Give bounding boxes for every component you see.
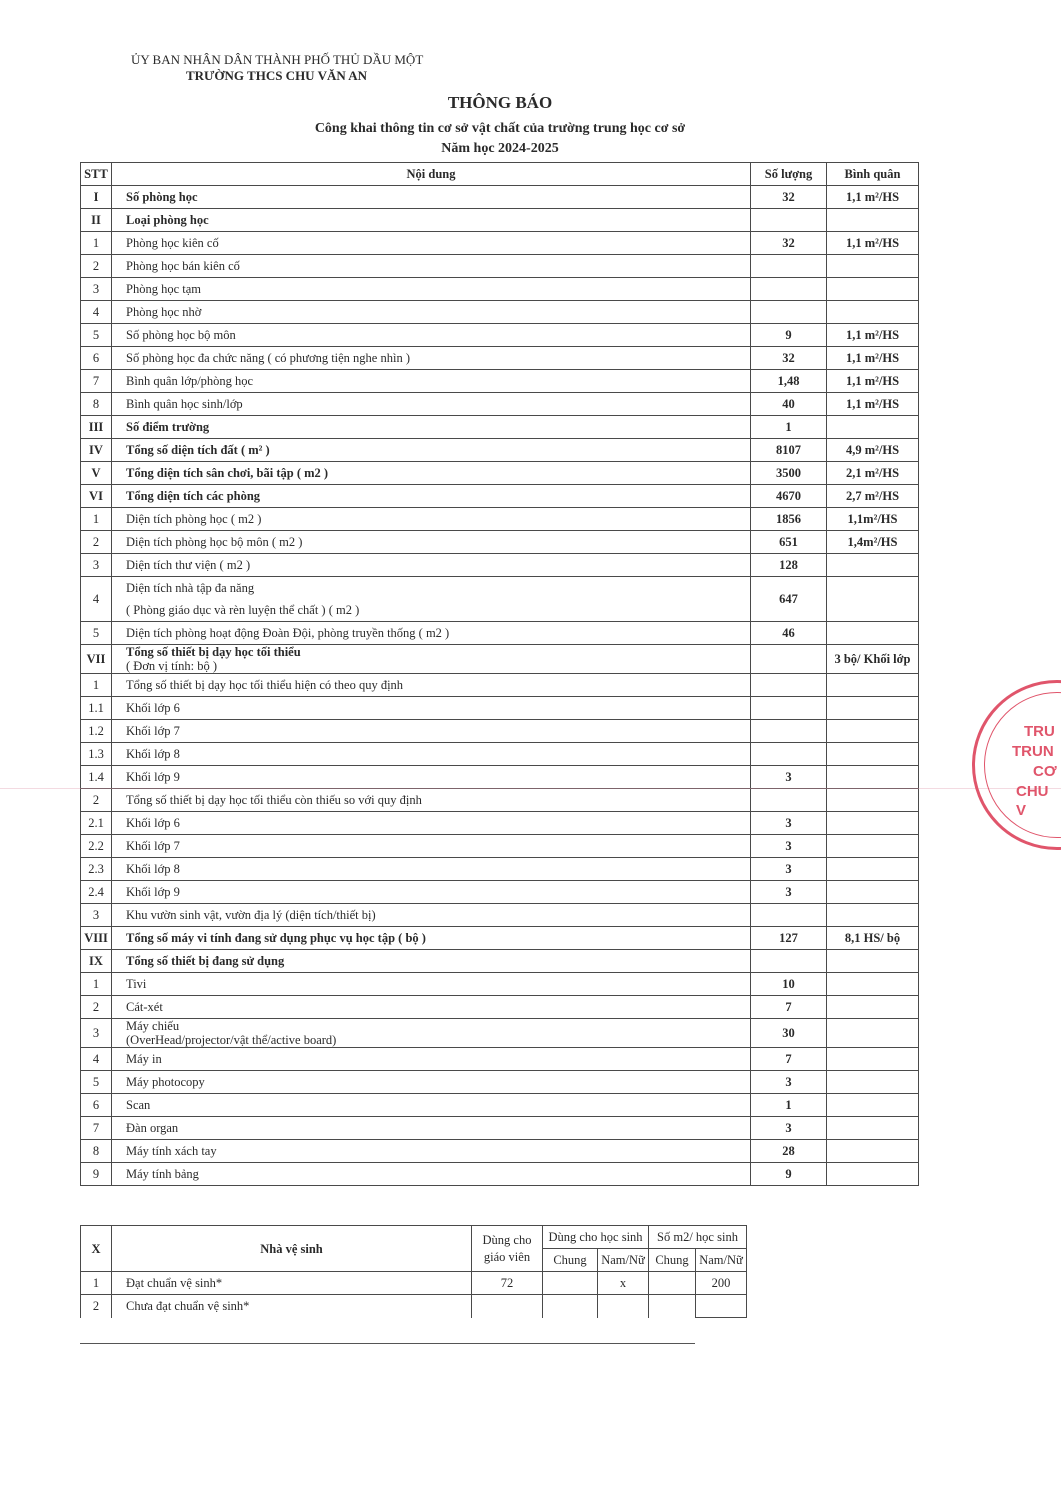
row-stt: 2 — [81, 255, 112, 278]
row-quantity — [751, 301, 827, 324]
student-common-value — [543, 1295, 598, 1318]
row-content-text: Số phòng học đa chức năng ( có phương ti… — [126, 351, 410, 365]
row-quantity: 7 — [751, 996, 827, 1019]
row-content-text: Số phòng học bộ môn — [126, 328, 236, 342]
table-row: ISố phòng học321,1 m²/HS — [81, 186, 919, 209]
table-row: 7Đàn organ3 — [81, 1117, 919, 1140]
table-body: ISố phòng học321,1 m²/HSIILoại phòng học… — [81, 186, 919, 1186]
row-average — [827, 1019, 919, 1048]
row-content: Cát-xét — [112, 996, 751, 1019]
row-content-text: Khối lớp 6 — [126, 816, 180, 830]
row-content-text: Tổng diện tích sân chơi, bãi tập ( m2 ) — [126, 466, 328, 480]
row-stt: 3 — [81, 554, 112, 577]
row-stt: 1.4 — [81, 766, 112, 789]
table-row: 2.1Khối lớp 63 — [81, 812, 919, 835]
student-common-header: Chung — [543, 1249, 598, 1272]
row-label: Chưa đạt chuẩn vệ sinh* — [112, 1295, 472, 1318]
row-content-note: ( Đơn vị tính: bộ ) — [126, 659, 746, 673]
table-row: VTổng diện tích sân chơi, bãi tập ( m2 )… — [81, 462, 919, 485]
row-average — [827, 1071, 919, 1094]
row-quantity: 651 — [751, 531, 827, 554]
row-content-text: Khối lớp 8 — [126, 862, 180, 876]
row-content: Diện tích nhà tập đa năng( Phòng giáo dụ… — [112, 577, 751, 622]
area-common-value — [649, 1272, 696, 1295]
table-row: 3Máy chiếu(OverHead/projector/vật thể/ac… — [81, 1019, 919, 1048]
area-gender-header: Nam/Nữ — [696, 1249, 747, 1272]
row-content-note: (OverHead/projector/vật thể/active board… — [126, 1033, 746, 1047]
table-row: 4Phòng học nhờ — [81, 301, 919, 324]
table-row: 5Máy photocopy3 — [81, 1071, 919, 1094]
table-row: 1.2Khối lớp 7 — [81, 720, 919, 743]
row-average — [827, 835, 919, 858]
row-content-text: Tổng số thiết bị dạy học tối thiểu hiện … — [126, 678, 403, 692]
row-quantity: 3 — [751, 858, 827, 881]
table-row: 5Diện tích phòng hoạt động Đoàn Đội, phò… — [81, 622, 919, 645]
table-row: IIISố điểm trường1 — [81, 416, 919, 439]
row-quantity — [751, 950, 827, 973]
row-stt: 8 — [81, 393, 112, 416]
table-row: 4Diện tích nhà tập đa năng( Phòng giáo d… — [81, 577, 919, 622]
row-quantity — [751, 209, 827, 232]
row-content: Số phòng học đa chức năng ( có phương ti… — [112, 347, 751, 370]
row-quantity: 128 — [751, 554, 827, 577]
table-row: 1Tivi10 — [81, 973, 919, 996]
row-stt: 7 — [81, 1117, 112, 1140]
seal-line-4: CHU V — [1016, 782, 1061, 820]
row-average — [827, 1048, 919, 1071]
row-stt: 9 — [81, 1163, 112, 1186]
row-content-text: Tổng số thiết bị dạy học tối thiểu còn t… — [126, 793, 422, 807]
table-row: 2.2Khối lớp 73 — [81, 835, 919, 858]
row-content-text: Tổng số diện tích đất ( m² ) — [126, 443, 270, 457]
teacher-value — [472, 1295, 543, 1318]
row-stt: 1 — [81, 508, 112, 531]
row-quantity: 9 — [751, 1163, 827, 1186]
table-row: 1Tổng số thiết bị dạy học tối thiểu hiện… — [81, 674, 919, 697]
row-content: Tổng số thiết bị dạy học tối thiểu hiện … — [112, 674, 751, 697]
row-stt: 2.1 — [81, 812, 112, 835]
row-stt: 2 — [81, 1295, 112, 1318]
row-content: Phòng học bán kiên cố — [112, 255, 751, 278]
row-content-text: Số điểm trường — [126, 420, 209, 434]
row-average — [827, 255, 919, 278]
row-content: Tổng số thiết bị đang sử dụng — [112, 950, 751, 973]
row-content: Số phòng học bộ môn — [112, 324, 751, 347]
table-header-row: STT Nội dung Số lượng Bình quân — [81, 163, 919, 186]
row-stt: 1 — [81, 1272, 112, 1295]
table-row: 2Phòng học bán kiên cố — [81, 255, 919, 278]
row-stt: 2 — [81, 996, 112, 1019]
column-header-content: Nội dung — [112, 163, 751, 186]
toilet-section-title: Nhà vệ sinh — [112, 1226, 472, 1272]
table-row: 1Diện tích phòng học ( m2 )18561,1m²/HS — [81, 508, 919, 531]
row-stt: 3 — [81, 1019, 112, 1048]
row-quantity: 1 — [751, 1094, 827, 1117]
row-content-text: Khối lớp 9 — [126, 770, 180, 784]
row-content: Phòng học kiên cố — [112, 232, 751, 255]
row-quantity: 3 — [751, 835, 827, 858]
table-row: IILoại phòng học — [81, 209, 919, 232]
row-average — [827, 881, 919, 904]
row-content: Tổng số máy vi tính đang sử dụng phục vụ… — [112, 927, 751, 950]
row-content: Scan — [112, 1094, 751, 1117]
row-quantity: 127 — [751, 927, 827, 950]
row-content: Diện tích thư viện ( m2 ) — [112, 554, 751, 577]
row-content-text: Phòng học tạm — [126, 282, 201, 296]
row-content-text: Khối lớp 6 — [126, 701, 180, 715]
row-quantity: 8107 — [751, 439, 827, 462]
seal-line-1: TRU — [1024, 722, 1055, 741]
table-row: 2Cát-xét7 — [81, 996, 919, 1019]
row-content: Đàn organ — [112, 1117, 751, 1140]
row-content: Khối lớp 8 — [112, 858, 751, 881]
row-content: Diện tích phòng học bộ môn ( m2 ) — [112, 531, 751, 554]
row-average — [827, 674, 919, 697]
row-stt: 4 — [81, 577, 112, 622]
row-content-text: Máy photocopy — [126, 1075, 205, 1089]
row-content-text: Máy tính xách tay — [126, 1144, 217, 1158]
table-row: IVTổng số diện tích đất ( m² )81074,9 m²… — [81, 439, 919, 462]
row-content-text: Scan — [126, 1098, 150, 1112]
row-average — [827, 743, 919, 766]
row-quantity: 3 — [751, 766, 827, 789]
seal-line-2: TRUN — [1012, 742, 1054, 761]
row-quantity: 3 — [751, 1071, 827, 1094]
row-content-text: Máy tính bảng — [126, 1167, 199, 1181]
row-average — [827, 697, 919, 720]
row-content: Bình quân học sinh/lớp — [112, 393, 751, 416]
student-use-header: Dùng cho học sinh — [543, 1226, 649, 1249]
row-content-text: Diện tích phòng học ( m2 ) — [126, 512, 261, 526]
row-average — [827, 789, 919, 812]
row-quantity: 3 — [751, 812, 827, 835]
table-row: 3Khu vườn sinh vật, vườn địa lý (diện tí… — [81, 904, 919, 927]
student-gender-value: x — [598, 1272, 649, 1295]
row-quantity: 32 — [751, 232, 827, 255]
row-content: Bình quân lớp/phòng học — [112, 370, 751, 393]
row-content: Tổng số thiết bị dạy học tối thiểu( Đơn … — [112, 645, 751, 674]
row-content: Khối lớp 8 — [112, 743, 751, 766]
column-header-average: Bình quân — [827, 163, 919, 186]
row-quantity: 1 — [751, 416, 827, 439]
row-content-text: Phòng học bán kiên cố — [126, 259, 240, 273]
row-average — [827, 812, 919, 835]
row-content: Tivi — [112, 973, 751, 996]
table-row: VITổng diện tích các phòng46702,7 m²/HS — [81, 485, 919, 508]
row-stt: 1 — [81, 674, 112, 697]
student-gender-value — [598, 1295, 649, 1318]
row-quantity: 30 — [751, 1019, 827, 1048]
row-average: 2,1 m²/HS — [827, 462, 919, 485]
table-row: 1.4Khối lớp 93 — [81, 766, 919, 789]
row-quantity: 3 — [751, 1117, 827, 1140]
table-row: 2.3Khối lớp 83 — [81, 858, 919, 881]
document-title: THÔNG BÁO — [0, 93, 1000, 113]
row-content-text: Tổng số máy vi tính đang sử dụng phục vụ… — [126, 931, 426, 945]
row-stt: II — [81, 209, 112, 232]
row-average — [827, 416, 919, 439]
row-quantity: 3 — [751, 881, 827, 904]
row-stt: 4 — [81, 301, 112, 324]
row-content-text: Máy chiếu — [126, 1019, 179, 1033]
row-stt: 2 — [81, 789, 112, 812]
table-row: 8Bình quân học sinh/lớp401,1 m²/HS — [81, 393, 919, 416]
row-average: 2,7 m²/HS — [827, 485, 919, 508]
row-stt: 7 — [81, 370, 112, 393]
row-average — [827, 1117, 919, 1140]
row-content-text: Khu vườn sinh vật, vườn địa lý (diện tíc… — [126, 908, 376, 922]
row-content-text: Bình quân học sinh/lớp — [126, 397, 243, 411]
student-common-value — [543, 1272, 598, 1295]
row-stt: 6 — [81, 347, 112, 370]
document-subtitle: Công khai thông tin cơ sở vật chất của t… — [0, 121, 1000, 137]
row-content: Máy in — [112, 1048, 751, 1071]
row-average — [827, 622, 919, 645]
row-quantity: 7 — [751, 1048, 827, 1071]
row-stt: 6 — [81, 1094, 112, 1117]
row-content-text: Phòng học nhờ — [126, 305, 201, 319]
row-quantity: 1856 — [751, 508, 827, 531]
row-average: 8,1 HS/ bộ — [827, 927, 919, 950]
row-content: Phòng học nhờ — [112, 301, 751, 324]
row-stt: 3 — [81, 278, 112, 301]
row-quantity — [751, 645, 827, 674]
row-content-text: Diện tích phòng hoạt động Đoàn Đội, phòn… — [126, 626, 449, 640]
row-content: Tổng diện tích các phòng — [112, 485, 751, 508]
row-average — [827, 950, 919, 973]
row-average — [827, 554, 919, 577]
row-stt: 1.1 — [81, 697, 112, 720]
row-content: Máy chiếu(OverHead/projector/vật thể/act… — [112, 1019, 751, 1048]
row-content-text: Khối lớp 8 — [126, 747, 180, 761]
row-stt: 1.2 — [81, 720, 112, 743]
row-content: Khối lớp 9 — [112, 881, 751, 904]
row-content-text: Khối lớp 9 — [126, 885, 180, 899]
table-row: VIITổng số thiết bị dạy học tối thiểu( Đ… — [81, 645, 919, 674]
area-per-student-header: Số m2/ học sinh — [649, 1226, 747, 1249]
row-stt: III — [81, 416, 112, 439]
row-quantity: 4670 — [751, 485, 827, 508]
table-row: 5Số phòng học bộ môn91,1 m²/HS — [81, 324, 919, 347]
row-content-text: Loại phòng học — [126, 213, 209, 227]
row-content-text: Tổng số thiết bị dạy học tối thiểu — [126, 645, 301, 659]
row-content-text: Tổng diện tích các phòng — [126, 489, 260, 503]
row-average — [827, 904, 919, 927]
row-content: Tổng diện tích sân chơi, bãi tập ( m2 ) — [112, 462, 751, 485]
table-row: 9Máy tính bảng9 — [81, 1163, 919, 1186]
row-average: 1,1 m²/HS — [827, 393, 919, 416]
row-average: 1,1 m²/HS — [827, 347, 919, 370]
row-quantity — [751, 278, 827, 301]
row-content: Diện tích phòng học ( m2 ) — [112, 508, 751, 531]
row-stt: 2.4 — [81, 881, 112, 904]
scan-fold-line — [0, 788, 1061, 789]
row-average — [827, 278, 919, 301]
row-content-text: Khối lớp 7 — [126, 724, 180, 738]
row-content-text: Số phòng học — [126, 190, 198, 204]
row-average — [827, 996, 919, 1019]
row-content-text: Khối lớp 7 — [126, 839, 180, 853]
row-label: Đạt chuẩn vệ sinh* — [112, 1272, 472, 1295]
row-stt: VII — [81, 645, 112, 674]
row-average — [827, 209, 919, 232]
row-stt: V — [81, 462, 112, 485]
table-row: 8Máy tính xách tay28 — [81, 1140, 919, 1163]
row-content-text: Đàn organ — [126, 1121, 178, 1135]
row-quantity: 10 — [751, 973, 827, 996]
row-average — [827, 1094, 919, 1117]
row-quantity: 1,48 — [751, 370, 827, 393]
row-average — [827, 720, 919, 743]
column-header-quantity: Số lượng — [751, 163, 827, 186]
row-average: 1,1 m²/HS — [827, 324, 919, 347]
school-name: TRƯỜNG THCS CHU VĂN AN — [186, 68, 367, 84]
row-quantity — [751, 674, 827, 697]
table-row: 6Số phòng học đa chức năng ( có phương t… — [81, 347, 919, 370]
row-average: 1,1 m²/HS — [827, 370, 919, 393]
row-stt: 5 — [81, 622, 112, 645]
row-content: Khối lớp 7 — [112, 720, 751, 743]
row-stt: VIII — [81, 927, 112, 950]
row-content-text: Phòng học kiên cố — [126, 236, 219, 250]
table-row: 1 Đạt chuẩn vệ sinh* 72 x 200 — [81, 1272, 747, 1295]
row-quantity: 647 — [751, 577, 827, 622]
table-row: 1Phòng học kiên cố321,1 m²/HS — [81, 232, 919, 255]
row-average: 1,1m²/HS — [827, 508, 919, 531]
row-stt: 4 — [81, 1048, 112, 1071]
row-quantity — [751, 789, 827, 812]
row-average: 3 bộ/ Khối lớp — [827, 645, 919, 674]
row-content: Máy photocopy — [112, 1071, 751, 1094]
row-quantity: 40 — [751, 393, 827, 416]
row-content: Máy tính xách tay — [112, 1140, 751, 1163]
row-average — [827, 301, 919, 324]
teacher-value: 72 — [472, 1272, 543, 1295]
row-average — [827, 577, 919, 622]
row-stt: 2 — [81, 531, 112, 554]
row-content: Khối lớp 7 — [112, 835, 751, 858]
row-content: Khối lớp 6 — [112, 697, 751, 720]
row-average: 4,9 m²/HS — [827, 439, 919, 462]
table-row: IXTổng số thiết bị đang sử dụng — [81, 950, 919, 973]
row-content: Khu vườn sinh vật, vườn địa lý (diện tíc… — [112, 904, 751, 927]
issuing-authority: ỦY BAN NHÂN DÂN THÀNH PHỐ THỦ DẦU MỘT — [131, 52, 423, 68]
row-stt: 1 — [81, 973, 112, 996]
seal-line-3: CƠ — [1033, 762, 1057, 781]
row-stt: 2.2 — [81, 835, 112, 858]
row-quantity — [751, 720, 827, 743]
toilet-section-stt: X — [81, 1226, 112, 1272]
row-average — [827, 766, 919, 789]
row-quantity: 9 — [751, 324, 827, 347]
facilities-table: STT Nội dung Số lượng Bình quân ISố phòn… — [80, 162, 919, 1186]
row-average: 1,1 m²/HS — [827, 232, 919, 255]
row-quantity — [751, 697, 827, 720]
row-stt: 3 — [81, 904, 112, 927]
row-quantity: 32 — [751, 186, 827, 209]
area-common-value — [649, 1295, 696, 1318]
row-content: Khối lớp 9 — [112, 766, 751, 789]
row-stt: 1.3 — [81, 743, 112, 766]
toilet-table: X Nhà vệ sinh Dùng cho giáo viên Dùng ch… — [80, 1225, 747, 1318]
row-stt: 8 — [81, 1140, 112, 1163]
table-row: 2Tổng số thiết bị dạy học tối thiểu còn … — [81, 789, 919, 812]
row-content-text: Tổng số thiết bị đang sử dụng — [126, 954, 284, 968]
row-content: Số phòng học — [112, 186, 751, 209]
row-content: Loại phòng học — [112, 209, 751, 232]
table-row: VIIITổng số máy vi tính đang sử dụng phụ… — [81, 927, 919, 950]
row-average — [827, 858, 919, 881]
table-row: 1.3Khối lớp 8 — [81, 743, 919, 766]
table-row: 4Máy in7 — [81, 1048, 919, 1071]
teacher-use-header: Dùng cho giáo viên — [472, 1226, 543, 1272]
row-content-text: Cát-xét — [126, 1000, 163, 1014]
row-quantity: 32 — [751, 347, 827, 370]
row-stt: IX — [81, 950, 112, 973]
footer-divider — [80, 1343, 695, 1344]
toilet-header-row: X Nhà vệ sinh Dùng cho giáo viên Dùng ch… — [81, 1226, 747, 1249]
table-row: 7Bình quân lớp/phòng học1,481,1 m²/HS — [81, 370, 919, 393]
row-average — [827, 1163, 919, 1186]
row-content: Phòng học tạm — [112, 278, 751, 301]
row-content: Tổng số thiết bị dạy học tối thiểu còn t… — [112, 789, 751, 812]
table-row: 1.1Khối lớp 6 — [81, 697, 919, 720]
row-average — [827, 1140, 919, 1163]
row-content-text: Diện tích phòng học bộ môn ( m2 ) — [126, 535, 302, 549]
table-row: 2 Chưa đạt chuẩn vệ sinh* — [81, 1295, 747, 1318]
row-quantity — [751, 255, 827, 278]
area-gender-value: 200 — [696, 1272, 747, 1295]
row-stt: VI — [81, 485, 112, 508]
table-row: 6Scan1 — [81, 1094, 919, 1117]
table-row: 3Diện tích thư viện ( m2 )128 — [81, 554, 919, 577]
row-average: 1,1 m²/HS — [827, 186, 919, 209]
column-header-stt: STT — [81, 163, 112, 186]
row-content: Số điểm trường — [112, 416, 751, 439]
row-stt: IV — [81, 439, 112, 462]
row-quantity — [751, 904, 827, 927]
area-common-header: Chung — [649, 1249, 696, 1272]
row-content: Diện tích phòng hoạt động Đoàn Đội, phòn… — [112, 622, 751, 645]
row-content: Máy tính bảng — [112, 1163, 751, 1186]
row-content-text: Diện tích thư viện ( m2 ) — [126, 558, 250, 572]
area-gender-value — [696, 1295, 747, 1318]
row-stt: 5 — [81, 1071, 112, 1094]
row-content: Khối lớp 6 — [112, 812, 751, 835]
row-quantity: 28 — [751, 1140, 827, 1163]
row-content-second-line: ( Phòng giáo dục và rèn luyện thể chất )… — [126, 603, 746, 617]
row-average: 1,4m²/HS — [827, 531, 919, 554]
table-row: 3Phòng học tạm — [81, 278, 919, 301]
row-stt: 2.3 — [81, 858, 112, 881]
student-gender-header: Nam/Nữ — [598, 1249, 649, 1272]
row-content-text: Bình quân lớp/phòng học — [126, 374, 253, 388]
row-content-text: Tivi — [126, 977, 146, 991]
row-quantity: 3500 — [751, 462, 827, 485]
row-stt: 1 — [81, 232, 112, 255]
row-average — [827, 973, 919, 996]
row-stt: 5 — [81, 324, 112, 347]
row-content-text: Máy in — [126, 1052, 162, 1066]
row-stt: I — [81, 186, 112, 209]
table-row: 2Diện tích phòng học bộ môn ( m2 )6511,4… — [81, 531, 919, 554]
school-year: Năm học 2024-2025 — [0, 141, 1000, 157]
row-quantity — [751, 743, 827, 766]
row-quantity: 46 — [751, 622, 827, 645]
row-content-text: Diện tích nhà tập đa năng — [126, 581, 254, 595]
table-row: 2.4Khối lớp 93 — [81, 881, 919, 904]
row-content: Tổng số diện tích đất ( m² ) — [112, 439, 751, 462]
